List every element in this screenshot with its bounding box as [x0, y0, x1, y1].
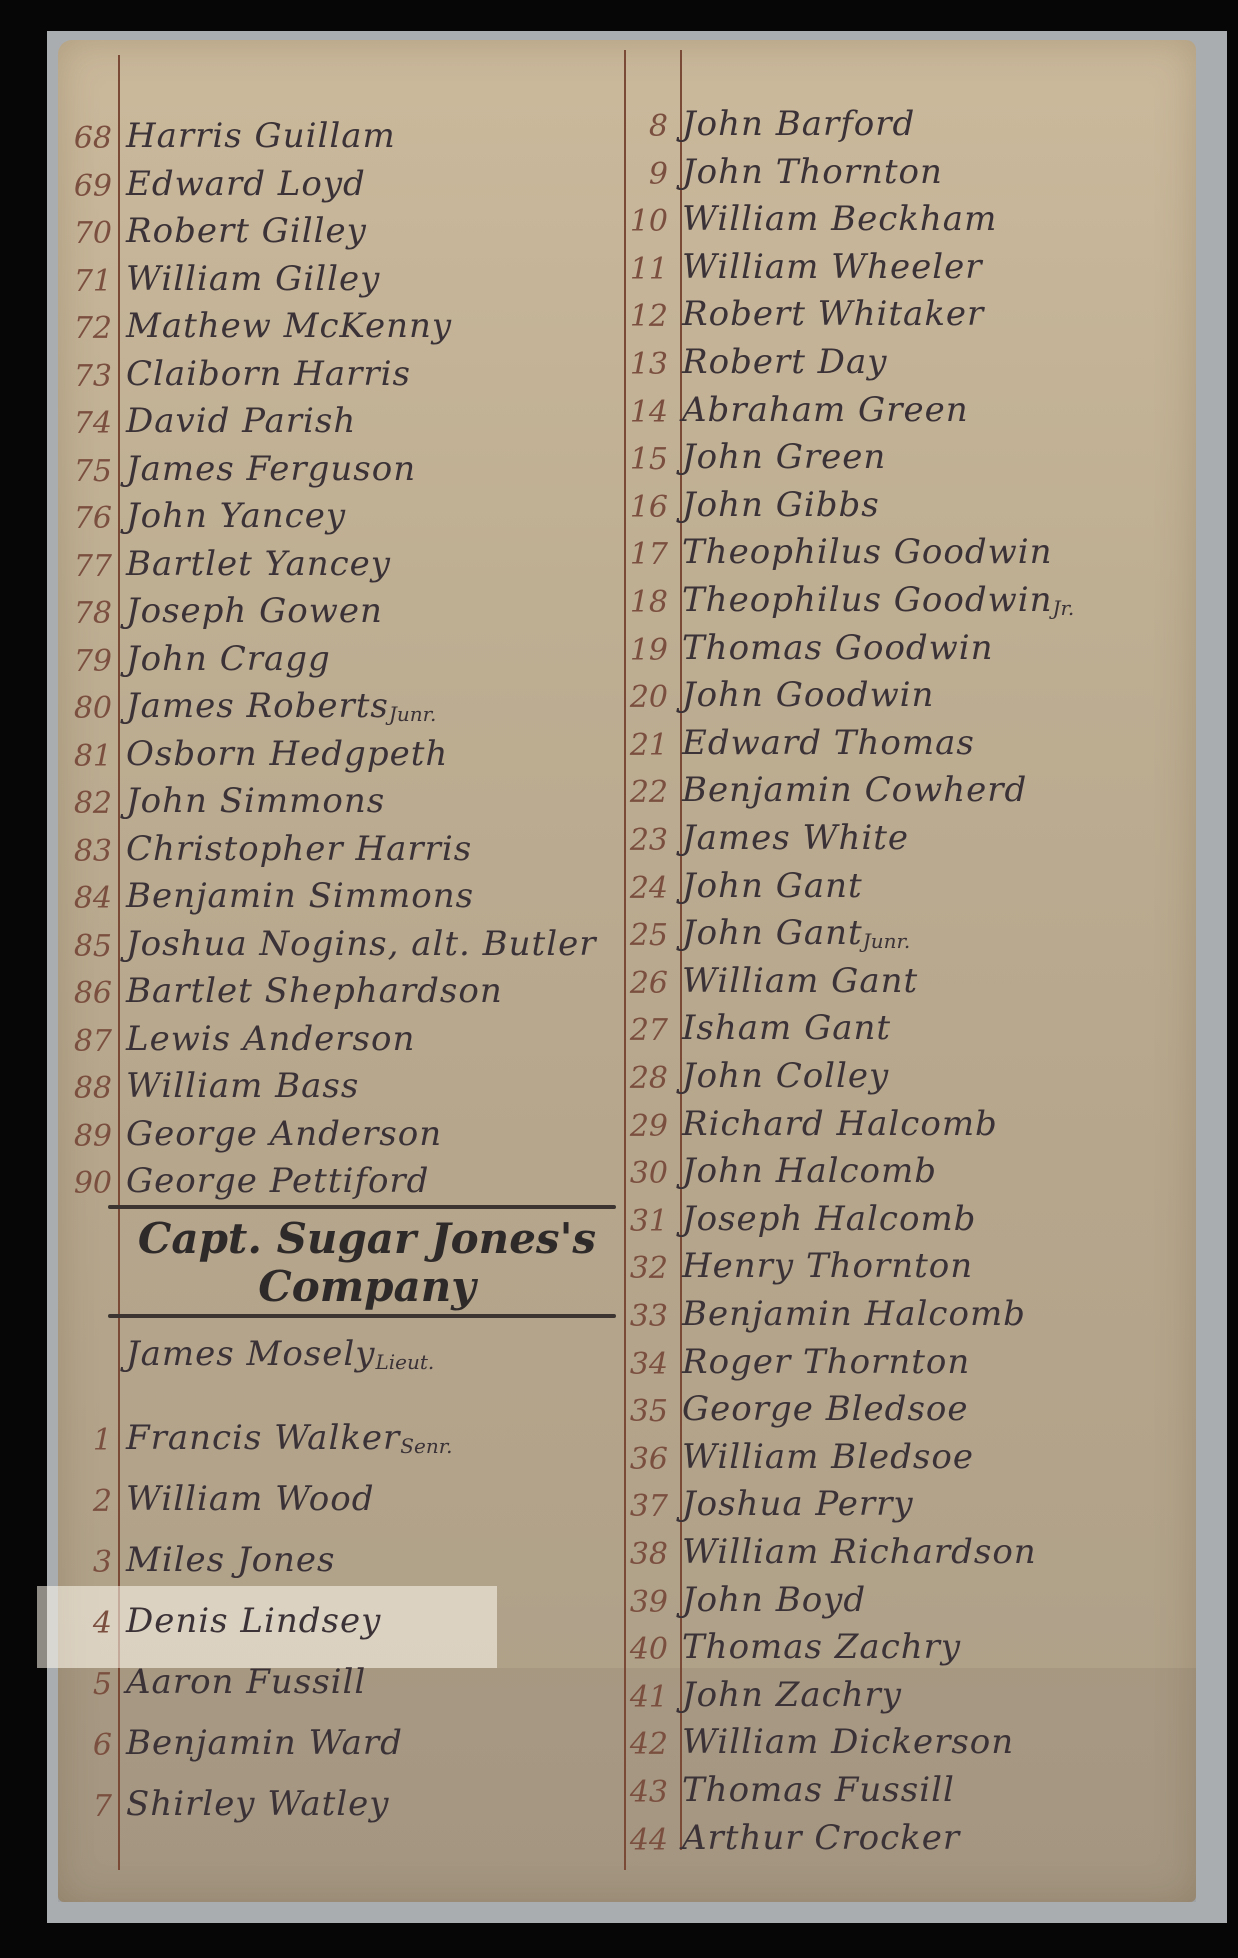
- entry-name: John Zachry: [676, 1675, 902, 1715]
- roster-entry: 20John Goodwin: [622, 669, 934, 715]
- roster-entry: 15John Green: [622, 431, 886, 477]
- entry-number: 30: [622, 1156, 676, 1191]
- entry-number: 80: [66, 691, 120, 726]
- entry-number: 13: [622, 347, 676, 382]
- roster-entry: 30John Halcomb: [622, 1145, 937, 1191]
- roster-entry: 2William Wood: [66, 1473, 375, 1519]
- entry-name: David Parish: [120, 401, 356, 441]
- entry-name: Mathew McKenny: [120, 306, 452, 346]
- entry-name: John Colley: [676, 1056, 889, 1096]
- entry-name: William Dickerson: [676, 1722, 1014, 1762]
- entry-name: Lewis Anderson: [120, 1019, 415, 1059]
- entry-name: John Yancey: [120, 496, 346, 536]
- entry-number: 75: [66, 454, 120, 489]
- roster-entry: 84Benjamin Simmons: [66, 870, 474, 916]
- entry-name: Theophilus Goodwin: [676, 532, 1052, 572]
- roster-entry: 70Robert Gilley: [66, 205, 367, 251]
- entry-name: William Gilley: [120, 259, 380, 299]
- entry-name: William Bass: [120, 1066, 359, 1106]
- entry-number: 40: [622, 1632, 676, 1667]
- entry-name: Benjamin Cowherd: [676, 770, 1027, 810]
- entry-name: Joshua Nogins, alt. Butler: [120, 924, 596, 964]
- entry-number: 23: [622, 823, 676, 858]
- entry-number: 72: [66, 311, 120, 346]
- entry-number: 8: [622, 109, 676, 144]
- entry-name: Roger Thornton: [676, 1342, 970, 1382]
- roster-entry: 3Miles Jones: [66, 1534, 336, 1580]
- entry-number: 82: [66, 786, 120, 821]
- entry-number: 87: [66, 1024, 120, 1059]
- roster-entry: 6Benjamin Ward: [66, 1717, 403, 1763]
- roster-entry: 9John Thornton: [622, 146, 943, 192]
- roster-entry: 23James White: [622, 812, 909, 858]
- entry-name: Edward Loyd: [120, 164, 366, 204]
- roster-entry: 28John Colley: [622, 1050, 889, 1096]
- entry-name: Shirley Watley: [120, 1784, 389, 1824]
- entry-number: 68: [66, 121, 120, 156]
- roster-entry: 74David Parish: [66, 395, 356, 441]
- officer-rank: Lieut.: [375, 1350, 434, 1374]
- entry-number: 33: [622, 1299, 676, 1334]
- roster-entry: 32Henry Thornton: [622, 1240, 973, 1286]
- roster-entry: 31Joseph Halcomb: [622, 1193, 976, 1239]
- entry-name: Bartlet Shephardson: [120, 971, 503, 1011]
- roster-entry: 19Thomas Goodwin: [622, 622, 994, 668]
- entry-suffix: Jr.: [1052, 596, 1074, 620]
- entry-number: 5: [66, 1667, 120, 1702]
- roster-entry: 87Lewis Anderson: [66, 1013, 415, 1059]
- entry-number: 90: [66, 1166, 120, 1201]
- entry-name: James Ferguson: [120, 449, 416, 489]
- roster-entry: 71William Gilley: [66, 253, 380, 299]
- entry-number: 36: [622, 1442, 676, 1477]
- entry-name: Benjamin Simmons: [120, 876, 474, 916]
- roster-entry: 38William Richardson: [622, 1526, 1037, 1572]
- entry-name: Edward Thomas: [676, 723, 975, 763]
- heading-bottom-rule: [108, 1314, 616, 1318]
- roster-entry: 72Mathew McKenny: [66, 300, 452, 346]
- roster-entry: 8John Barford: [622, 98, 915, 144]
- roster-entry: 41John Zachry: [622, 1669, 902, 1715]
- entry-name: John Green: [676, 437, 886, 477]
- roster-entry: 26William Gant: [622, 955, 918, 1001]
- entry-number: 88: [66, 1071, 120, 1106]
- roster-entry: 90George Pettiford: [66, 1155, 429, 1201]
- entry-name: Benjamin Ward: [120, 1723, 403, 1763]
- entry-number: 34: [622, 1347, 676, 1382]
- roster-entry: 73Claiborn Harris: [66, 348, 411, 394]
- entry-name: Thomas Goodwin: [676, 628, 994, 668]
- roster-entry: 44Arthur Crocker: [622, 1812, 960, 1858]
- entry-name: George Pettiford: [120, 1161, 429, 1201]
- section-heading-line1: Capt. Sugar Jones's: [122, 1215, 612, 1263]
- roster-entry: 77Bartlet Yancey: [66, 538, 391, 584]
- officer-name: James Mosely: [120, 1334, 375, 1374]
- entry-number: 25: [622, 918, 676, 953]
- entry-number: 2: [66, 1484, 120, 1519]
- entry-name: William Beckham: [676, 199, 997, 239]
- entry-name: Arthur Crocker: [676, 1818, 960, 1858]
- entry-name: Henry Thornton: [676, 1246, 973, 1286]
- entry-name: John Simmons: [120, 781, 385, 821]
- entry-number: 10: [622, 204, 676, 239]
- roster-entry: 80James Roberts Junr.: [66, 680, 436, 726]
- entry-name: William Wheeler: [676, 247, 983, 287]
- entry-number: 4: [66, 1606, 120, 1641]
- entry-number: 39: [622, 1585, 676, 1620]
- entry-name: Aaron Fussill: [120, 1662, 366, 1702]
- roster-entry: 39John Boyd: [622, 1574, 866, 1620]
- entry-name: George Bledsoe: [676, 1389, 968, 1429]
- entry-name: Harris Guillam: [120, 116, 396, 156]
- entry-number: 21: [622, 728, 676, 763]
- roster-entry: 86Bartlet Shephardson: [66, 965, 503, 1011]
- entry-name: William Bledsoe: [676, 1437, 974, 1477]
- entry-name: James White: [676, 818, 909, 858]
- entry-number: 74: [66, 406, 120, 441]
- entry-number: 86: [66, 976, 120, 1011]
- officer-entry: James Mosely Lieut.: [66, 1328, 434, 1374]
- roster-entry: 24John Gant: [622, 860, 863, 906]
- entry-name: Thomas Zachry: [676, 1627, 961, 1667]
- entry-number: 17: [622, 537, 676, 572]
- entry-number: 43: [622, 1775, 676, 1810]
- entry-suffix: Junr.: [863, 929, 911, 953]
- entry-number: 27: [622, 1013, 676, 1048]
- entry-number: 31: [622, 1204, 676, 1239]
- roster-entry: 69Edward Loyd: [66, 158, 366, 204]
- entry-number: 37: [622, 1489, 676, 1524]
- entry-number: 26: [622, 966, 676, 1001]
- entry-name: Isham Gant: [676, 1008, 891, 1048]
- section-heading-line2: Company: [122, 1263, 612, 1311]
- entry-number: 1: [66, 1423, 120, 1458]
- entry-number: 18: [622, 585, 676, 620]
- roster-entry: 7Shirley Watley: [66, 1778, 389, 1824]
- entry-name: Robert Gilley: [120, 211, 367, 251]
- roster-entry: 21Edward Thomas: [622, 717, 975, 763]
- entry-number: 29: [622, 1109, 676, 1144]
- entry-name: Benjamin Halcomb: [676, 1294, 1026, 1334]
- entry-name: John Barford: [676, 104, 915, 144]
- roster-entry: 33Benjamin Halcomb: [622, 1288, 1026, 1334]
- heading-top-rule: [108, 1205, 616, 1209]
- roster-entry: 82John Simmons: [66, 775, 385, 821]
- roster-entry: 43Thomas Fussill: [622, 1764, 955, 1810]
- section-heading: Capt. Sugar Jones's Company: [122, 1215, 612, 1311]
- roster-entry: 35George Bledsoe: [622, 1383, 968, 1429]
- entry-number: 7: [66, 1789, 120, 1824]
- roster-entry: 4Denis Lindsey: [66, 1595, 381, 1641]
- roster-entry: 75James Ferguson: [66, 443, 416, 489]
- roster-entry: 88William Bass: [66, 1060, 359, 1106]
- roster-entry: 12Robert Whitaker: [622, 288, 984, 334]
- entry-number: 28: [622, 1061, 676, 1096]
- entry-name: John Gibbs: [676, 485, 880, 525]
- entry-number: 44: [622, 1823, 676, 1858]
- roster-entry: 11William Wheeler: [622, 241, 983, 287]
- entry-number: 32: [622, 1251, 676, 1286]
- roster-entry: 81Osborn Hedgpeth: [66, 728, 448, 774]
- roster-entry: 85Joshua Nogins, alt. Butler: [66, 918, 596, 964]
- entry-number: 77: [66, 549, 120, 584]
- entry-number: 11: [622, 252, 676, 287]
- entry-name: William Richardson: [676, 1532, 1037, 1572]
- roster-entry: 40Thomas Zachry: [622, 1621, 961, 1667]
- entry-name: Claiborn Harris: [120, 354, 411, 394]
- entry-number: 6: [66, 1728, 120, 1763]
- roster-entry: 83Christopher Harris: [66, 823, 472, 869]
- entry-name: Joseph Halcomb: [676, 1199, 976, 1239]
- entry-number: 20: [622, 680, 676, 715]
- entry-name: Joseph Gowen: [120, 591, 383, 631]
- roster-entry: 25John Gant Junr.: [622, 907, 910, 953]
- entry-name: Denis Lindsey: [120, 1601, 381, 1641]
- entry-name: Robert Day: [676, 342, 887, 382]
- entry-number: 3: [66, 1545, 120, 1580]
- entry-name: John Gant: [676, 913, 863, 953]
- entry-name: John Boyd: [676, 1580, 866, 1620]
- entry-name: James Roberts: [120, 686, 389, 726]
- roster-entry: 13Robert Day: [622, 336, 887, 382]
- entry-number: 14: [622, 395, 676, 430]
- entry-number: 78: [66, 596, 120, 631]
- entry-number: 35: [622, 1394, 676, 1429]
- entry-number: 83: [66, 834, 120, 869]
- entry-number: 76: [66, 501, 120, 536]
- entry-number: 84: [66, 881, 120, 916]
- entry-name: George Anderson: [120, 1114, 442, 1154]
- entry-number: 79: [66, 644, 120, 679]
- entry-name: John Goodwin: [676, 675, 934, 715]
- entry-name: Osborn Hedgpeth: [120, 734, 448, 774]
- roster-entry: 79John Cragg: [66, 633, 331, 679]
- entry-suffix: Senr.: [400, 1434, 452, 1458]
- entry-number: 9: [622, 157, 676, 192]
- entry-name: William Gant: [676, 961, 918, 1001]
- entry-number: 16: [622, 490, 676, 525]
- roster-entry: 37Joshua Perry: [622, 1478, 914, 1524]
- entry-name: John Halcomb: [676, 1151, 937, 1191]
- entry-name: Christopher Harris: [120, 829, 472, 869]
- roster-entry: 14Abraham Green: [622, 384, 969, 430]
- entry-name: John Cragg: [120, 639, 331, 679]
- roster-entry: 89George Anderson: [66, 1108, 442, 1154]
- roster-entry: 22Benjamin Cowherd: [622, 764, 1027, 810]
- entry-number: 81: [66, 739, 120, 774]
- roster-entry: 17Theophilus Goodwin: [622, 526, 1052, 572]
- roster-entry: 29Richard Halcomb: [622, 1098, 998, 1144]
- roster-entry: 5Aaron Fussill: [66, 1656, 366, 1702]
- entry-name: William Wood: [120, 1479, 375, 1519]
- entry-number: 70: [66, 216, 120, 251]
- entry-number: 69: [66, 169, 120, 204]
- roster-entry: 36William Bledsoe: [622, 1431, 974, 1477]
- roster-entry: 68Harris Guillam: [66, 110, 396, 156]
- roster-entry: 34Roger Thornton: [622, 1336, 970, 1382]
- entry-number: 71: [66, 264, 120, 299]
- entry-name: Abraham Green: [676, 390, 969, 430]
- entry-name: Richard Halcomb: [676, 1104, 998, 1144]
- roster-entry: 18Theophilus Goodwin Jr.: [622, 574, 1074, 620]
- entry-number: 38: [622, 1537, 676, 1572]
- roster-entry: 16John Gibbs: [622, 479, 880, 525]
- entry-number: 24: [622, 871, 676, 906]
- entry-number: 15: [622, 442, 676, 477]
- entry-name: Joshua Perry: [676, 1484, 914, 1524]
- entry-name: Theophilus Goodwin: [676, 580, 1052, 620]
- entry-name: Thomas Fussill: [676, 1770, 955, 1810]
- roster-entry: 27Isham Gant: [622, 1002, 891, 1048]
- entry-number: 22: [622, 775, 676, 810]
- entry-number: 73: [66, 359, 120, 394]
- entry-number: 85: [66, 929, 120, 964]
- roster-entry: 78Joseph Gowen: [66, 585, 383, 631]
- entry-number: 12: [622, 299, 676, 334]
- entry-number: 41: [622, 1680, 676, 1715]
- entry-name: Bartlet Yancey: [120, 544, 391, 584]
- entry-name: Miles Jones: [120, 1540, 336, 1580]
- entry-name: John Thornton: [676, 152, 943, 192]
- entry-number: 89: [66, 1119, 120, 1154]
- entry-suffix: Junr.: [389, 702, 437, 726]
- entry-number: 19: [622, 633, 676, 668]
- entry-name: John Gant: [676, 866, 863, 906]
- entry-name: Francis Walker: [120, 1418, 400, 1458]
- roster-entry: 42William Dickerson: [622, 1716, 1014, 1762]
- roster-entry: 10William Beckham: [622, 193, 997, 239]
- entry-number: 42: [622, 1727, 676, 1762]
- roster-entry: 1Francis Walker Senr.: [66, 1412, 452, 1458]
- roster-entry: 76John Yancey: [66, 490, 346, 536]
- entry-name: Robert Whitaker: [676, 294, 984, 334]
